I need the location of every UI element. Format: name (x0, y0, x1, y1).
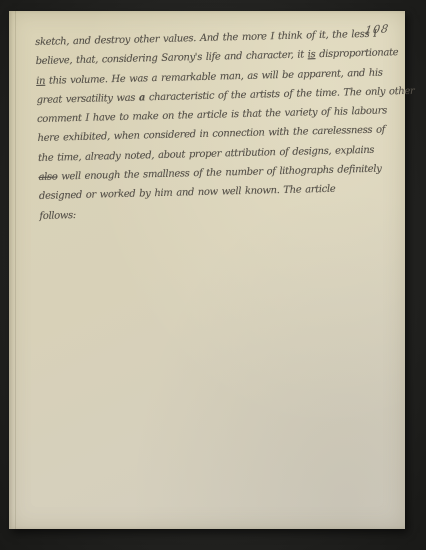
manuscript-segment: also (38, 172, 57, 183)
manuscript-text: sketch, and destroy other values. And th… (35, 24, 410, 226)
scanned-manuscript-view: { "colors": { "mat_background": "#242422… (0, 0, 426, 550)
manuscript-segment: characteristic of the artists of the tim… (145, 86, 415, 104)
manuscript-segment: designed or worked by him and now well k… (39, 184, 336, 202)
manuscript-segment: great versatility was (37, 92, 140, 105)
manuscript-page: 108 sketch, and destroy other values. An… (9, 11, 405, 529)
manuscript-segment: believe, that, considering Sarony's life… (36, 50, 308, 68)
manuscript-segment: follows: (39, 210, 76, 222)
manuscript-segment: in (36, 75, 45, 86)
manuscript-segment: disproportionate (315, 47, 398, 60)
